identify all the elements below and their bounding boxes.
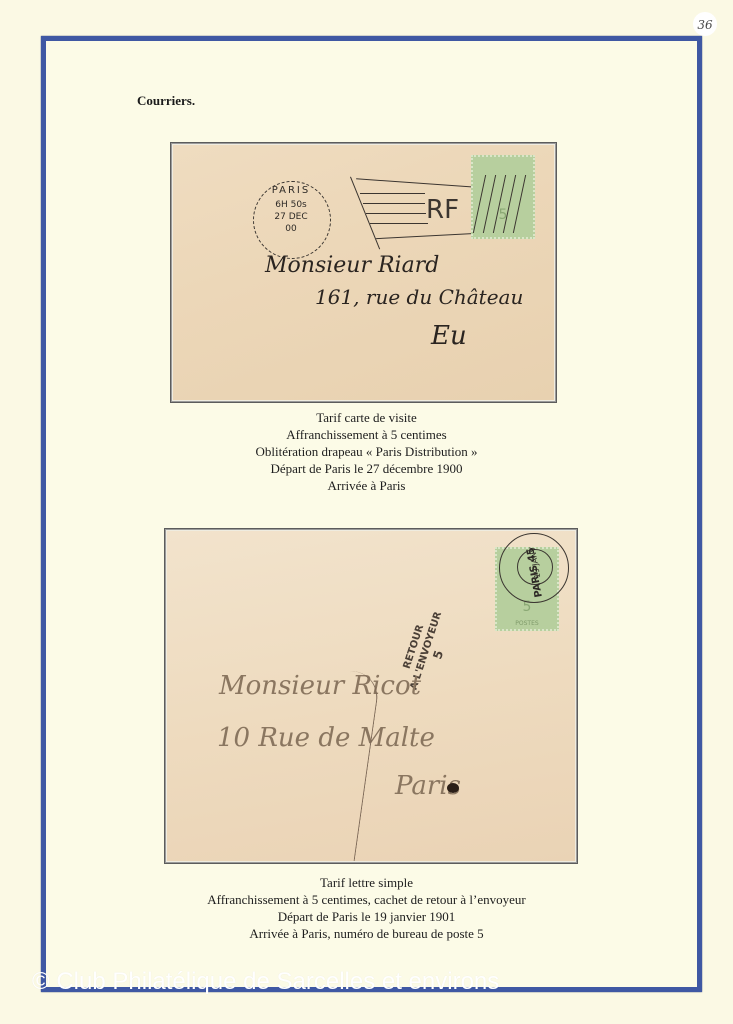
caption-1-line: Affranchissement à 5 centimes xyxy=(0,426,733,443)
caption-1-line: Arrivée à Paris xyxy=(0,477,733,494)
postmark-time: 6H 50s xyxy=(263,200,319,211)
copyright-watermark: © Club Philatélique de Sarcelles et envi… xyxy=(32,968,499,996)
postmark-year: 00 xyxy=(263,224,319,235)
stamp-label: POSTES xyxy=(497,620,557,627)
address-line-2: 161, rue du Château xyxy=(315,285,523,309)
flag-cancel-text: RF xyxy=(426,195,459,225)
caption-1-line: Tarif carte de visite xyxy=(0,409,733,426)
caption-2-line: Tarif lettre simple xyxy=(0,874,733,891)
address-line-3: Eu xyxy=(431,321,467,351)
caption-1: Tarif carte de visite Affranchissement à… xyxy=(0,409,733,494)
grid-cancel xyxy=(473,175,543,235)
envelope-1-mount: PARIS 6H 50s 27 DEC 00 RF 5 Monsieur Ria… xyxy=(170,142,557,403)
page-number: 36 xyxy=(693,12,717,36)
address-line-1: Monsieur Riard xyxy=(265,253,439,278)
postmark-date: 27 DEC xyxy=(263,212,319,223)
caption-2: Tarif lettre simple Affranchissement à 5… xyxy=(0,874,733,942)
section-title: Courriers. xyxy=(137,93,195,109)
envelope-2-mount: 5 POSTES PARIS 45 19 JANV RETOUR A L'ENV… xyxy=(164,528,578,864)
address-line-2: 10 Rue de Malte xyxy=(217,723,435,753)
address-line-1: Monsieur Ricot xyxy=(219,671,421,701)
caption-1-line: Oblitération drapeau « Paris Distributio… xyxy=(0,443,733,460)
caption-2-line: Départ de Paris le 19 janvier 1901 xyxy=(0,908,733,925)
caption-2-line: Arrivée à Paris, numéro de bureau de pos… xyxy=(0,925,733,942)
postmark-city: PARIS xyxy=(263,185,319,196)
ink-blot xyxy=(447,783,459,793)
caption-1-line: Départ de Paris le 27 décembre 1900 xyxy=(0,460,733,477)
envelope-1: PARIS 6H 50s 27 DEC 00 RF 5 Monsieur Ria… xyxy=(173,145,554,400)
caption-2-line: Affranchissement à 5 centimes, cachet de… xyxy=(0,891,733,908)
envelope-2: 5 POSTES PARIS 45 19 JANV RETOUR A L'ENV… xyxy=(167,531,575,861)
